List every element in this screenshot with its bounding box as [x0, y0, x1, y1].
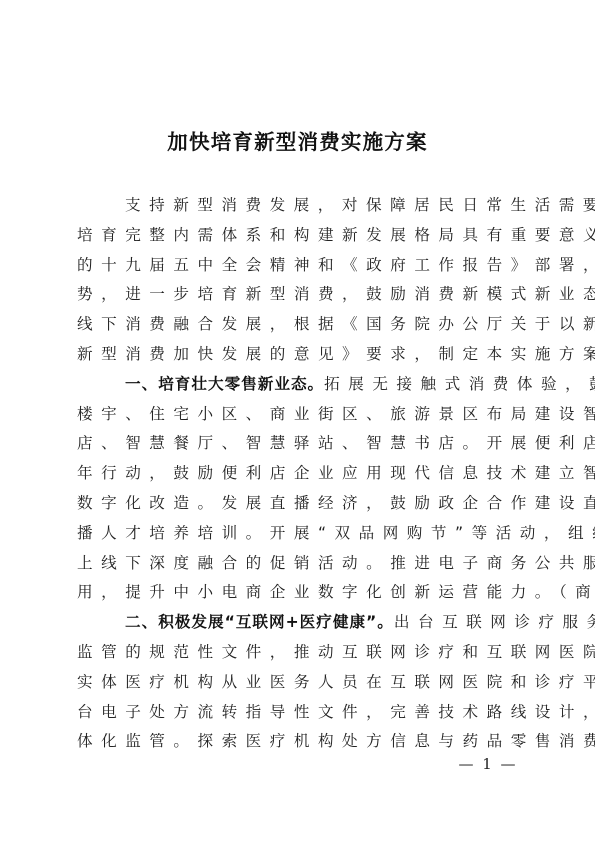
section-2-line: 实体医疗机构从业医务人员在互联网医院和诊疗平台多点执业。出 — [77, 668, 519, 698]
intro-line: 的十九届五中全会精神和《政府工作报告》部署，顺应消费升级趋 — [77, 251, 519, 281]
section-1-line: 数字化改造。发展直播经济，鼓励政企合作建设直播基地，加强直 — [77, 489, 519, 519]
section-2-line: 体化监管。探索医疗机构处方信息与药品零售消费信息互联互通， — [77, 727, 519, 757]
intro-line: 支持新型消费发展，对保障居民日常生活需要、全面促进消费、 — [77, 191, 519, 221]
section-1-line: 用，提升中小电商企业数字化创新运营能力。（商务部牵头负责） — [77, 578, 519, 608]
section-2-text: 出台互联网诊疗服务和 — [394, 613, 595, 631]
intro-line: 线下消费融合发展，根据《国务院办公厅关于以新业态新模式引领 — [77, 310, 519, 340]
section-2-line: 台电子处方流转指导性文件，完善技术路线设计，强化线上线下一 — [77, 698, 519, 728]
intro-line: 新型消费加快发展的意见》要求，制定本实施方案。 — [77, 340, 519, 370]
document-page: 加快培育新型消费实施方案 支持新型消费发展，对保障居民日常生活需要、全面促进消费… — [0, 0, 595, 845]
section-2-line: 监管的规范性文件，推动互联网诊疗和互联网医院规范发展。支持 — [77, 638, 519, 668]
section-1-text: 拓展无接触式消费体验，鼓励办公 — [324, 375, 595, 393]
intro-line: 势，进一步培育新型消费，鼓励消费新模式新业态发展，促进线上 — [77, 280, 519, 310]
document-body: 支持新型消费发展，对保障居民日常生活需要、全面促进消费、 培育完整内需体系和构建… — [77, 191, 519, 757]
section-1-line: 年行动，鼓励便利店企业应用现代信息技术建立智慧供应链，推动 — [77, 459, 519, 489]
page-number: — 1 — — [458, 755, 518, 773]
intro-line: 培育完整内需体系和构建新发展格局具有重要意义。为贯彻落实党 — [77, 221, 519, 251]
section-2-first-line: 二、积极发展“互联网+医疗健康”。出台互联网诊疗服务和 — [77, 608, 519, 638]
section-1-line: 店、智慧餐厅、智慧驿站、智慧书店。开展便利店品牌化连锁化三 — [77, 429, 519, 459]
section-1-line: 上线下深度融合的促销活动。推进电子商务公共服务平台建设应 — [77, 549, 519, 579]
section-2-heading: 二、积极发展“互联网+医疗健康”。 — [125, 613, 394, 631]
section-1-first-line: 一、培育壮大零售新业态。拓展无接触式消费体验，鼓励办公 — [77, 370, 519, 400]
document-title: 加快培育新型消费实施方案 — [0, 128, 595, 156]
section-1-heading: 一、培育壮大零售新业态。 — [125, 375, 324, 393]
section-1-line: 楼宇、住宅小区、商业街区、旅游景区布局建设智慧超市、智慧商 — [77, 400, 519, 430]
section-1-line: 播人才培养培训。开展“双品网购节”等活动，组织指导各地开展线 — [77, 519, 519, 549]
